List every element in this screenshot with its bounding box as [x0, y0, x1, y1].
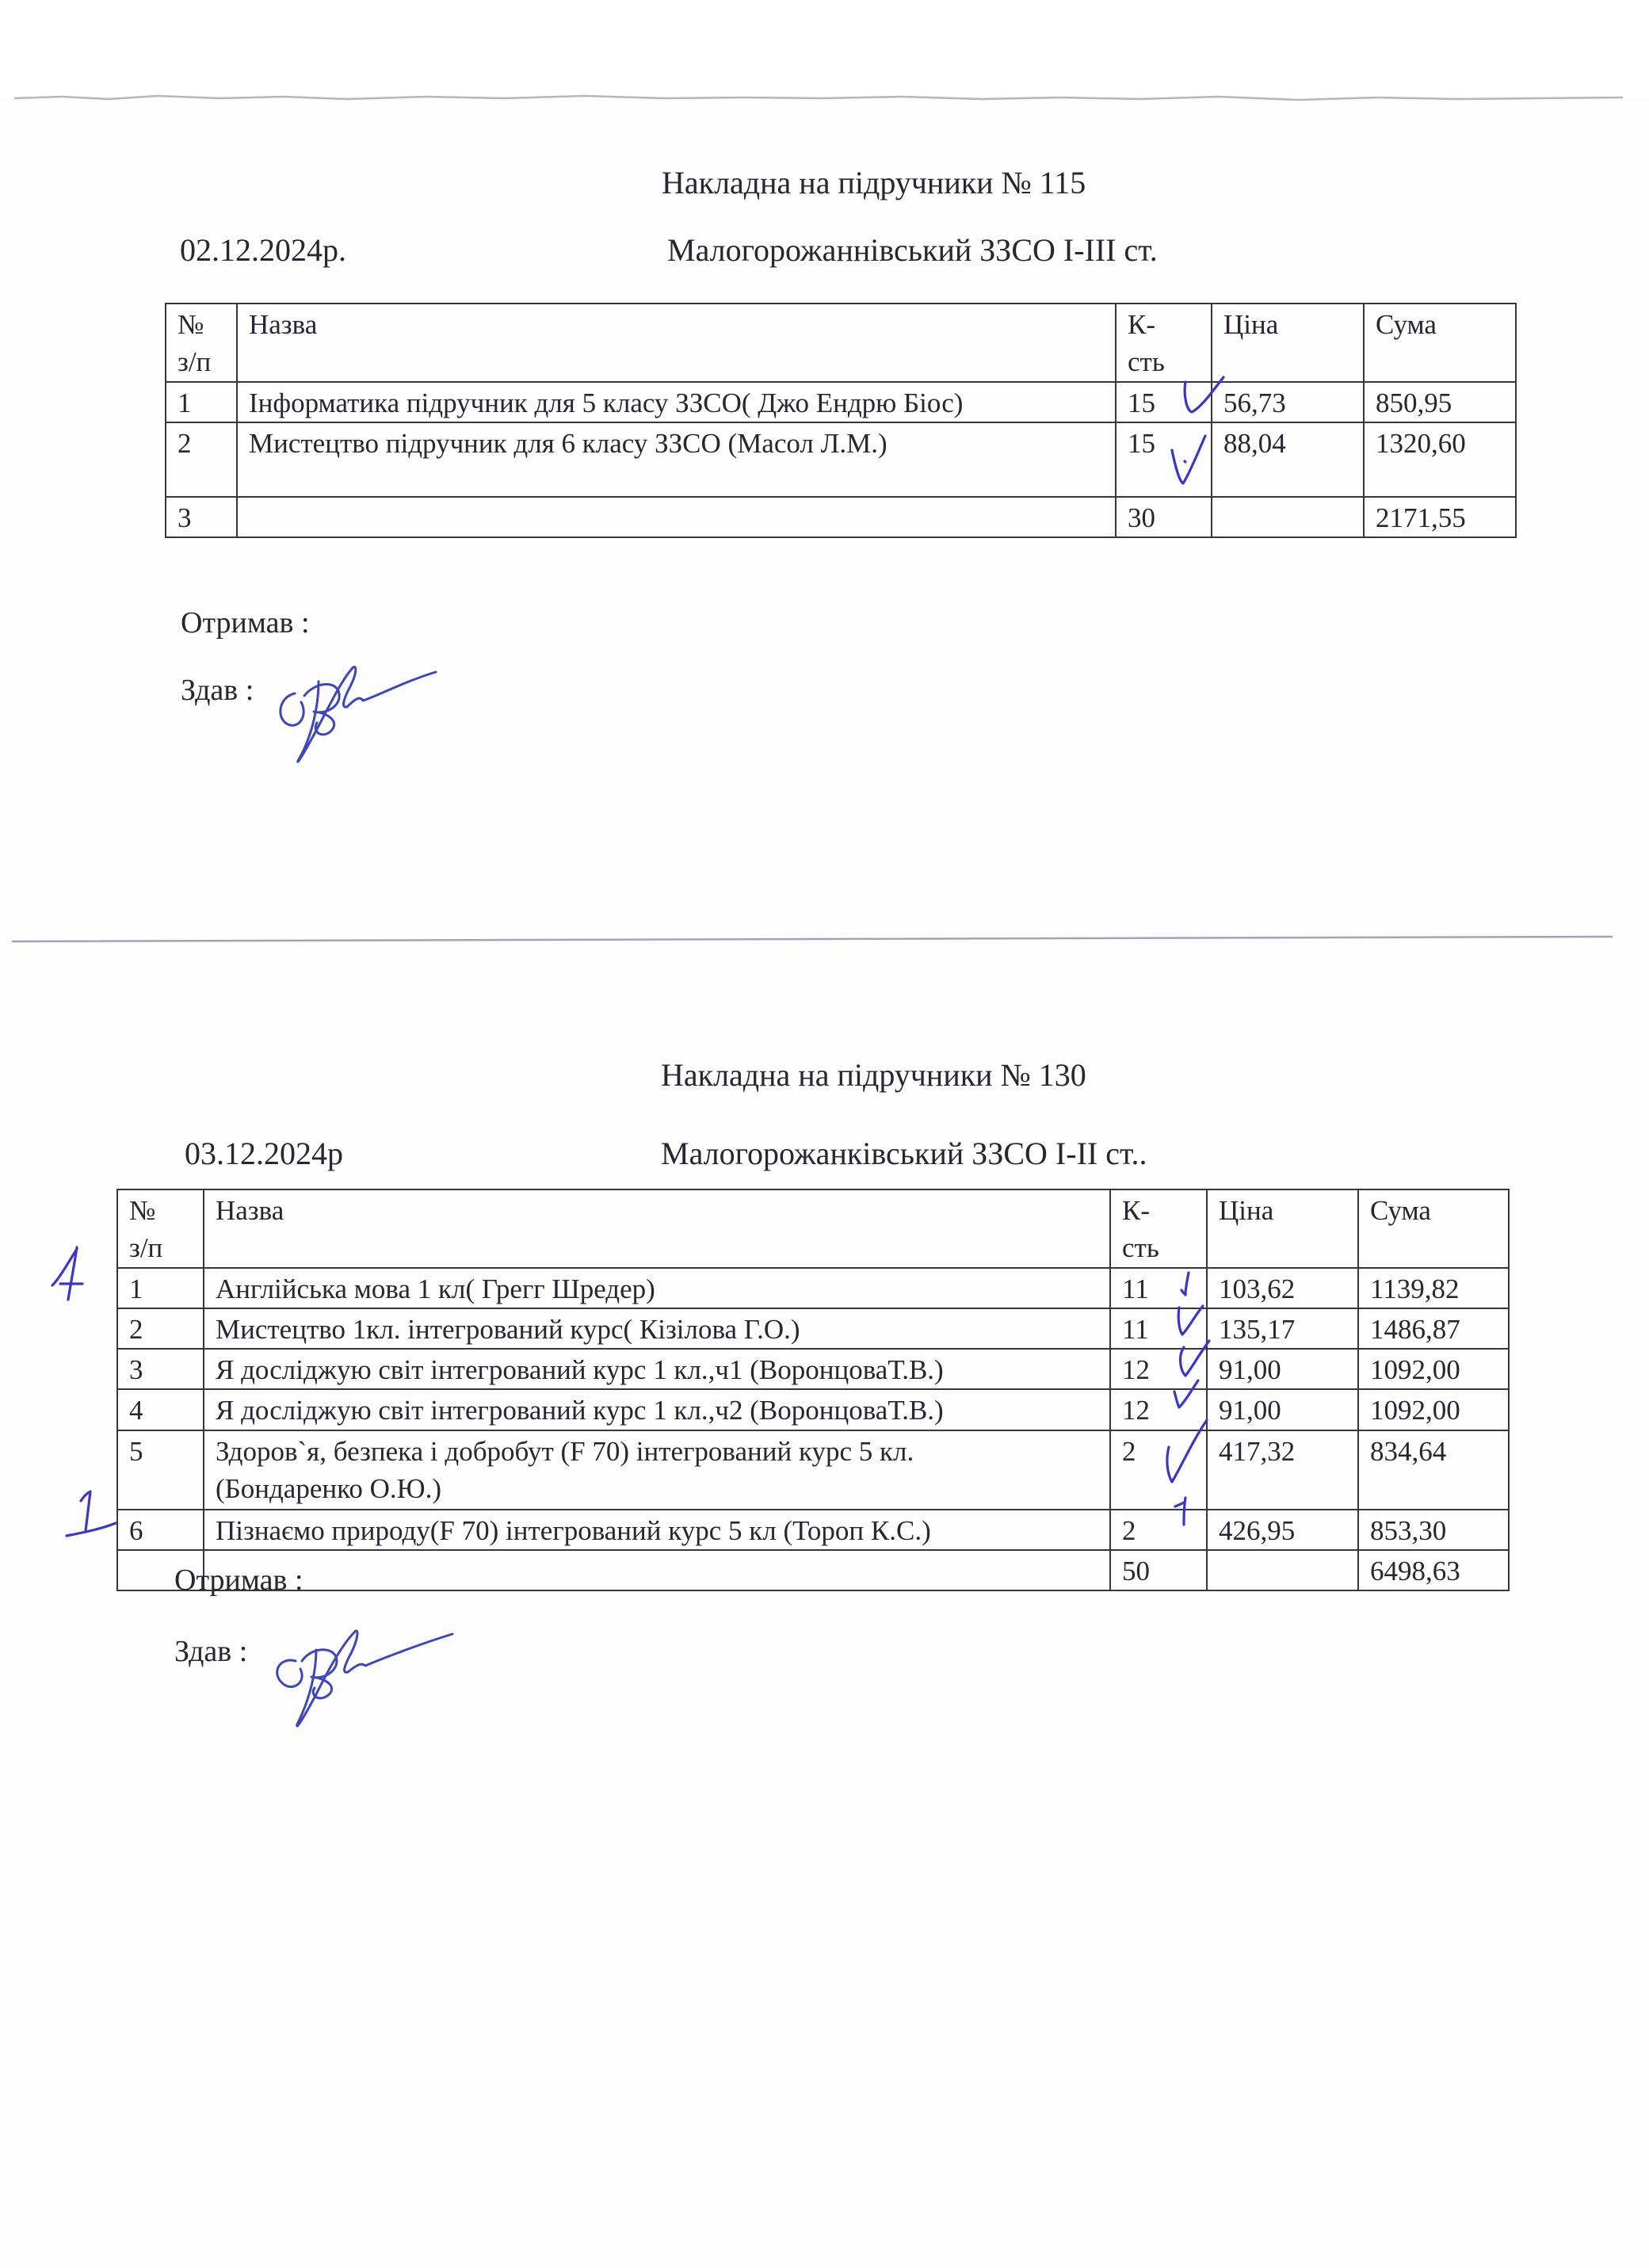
table-total-row: 3 30 2171,55 [166, 497, 1516, 537]
row-sum: 1320,60 [1364, 422, 1516, 497]
table-row: 2 Мистецтво підручник для 6 класу ЗЗСО (… [166, 422, 1516, 497]
total-quantity: 50 [1110, 1550, 1207, 1590]
checkmark-icon [1174, 1303, 1206, 1338]
row-name: Англійська мова 1 кл( Грегг Шредер) [204, 1268, 1110, 1308]
header-price: Ціна [1207, 1189, 1358, 1268]
row-name: Мистецтво 1кл. інтегрований курс( Кізіло… [204, 1308, 1110, 1349]
table-header-row: №з/п Назва К-сть Ціна Сума [166, 304, 1516, 382]
row-number: 2 [117, 1308, 204, 1349]
margin-mark-one-icon [63, 1490, 119, 1539]
checkmark-icon [1161, 1418, 1208, 1485]
row-name: Інформатика підручник для 5 класу ЗЗСО( … [237, 382, 1116, 422]
row-price: 135,17 [1207, 1308, 1358, 1349]
row-number: 2 [166, 422, 237, 497]
row-sum: 850,95 [1364, 382, 1516, 422]
total-name [204, 1550, 1110, 1590]
cut-edge-middle [12, 935, 1613, 943]
school-name: Малогорожаннівський ЗЗСО І-ІІІ ст. [667, 235, 1158, 266]
row-number: 4 [117, 1389, 204, 1430]
total-quantity: 30 [1116, 497, 1212, 537]
row-quantity: 2 [1110, 1510, 1207, 1550]
total-price [1207, 1550, 1358, 1590]
checkmark-icon [1171, 1379, 1203, 1411]
row-name: Я досліджую світ інтегрований курс 1 кл.… [204, 1349, 1110, 1389]
invoice-table: №з/п Назва К-сть Ціна Сума 1 Інформатика… [165, 303, 1517, 538]
signature-icon [265, 1617, 456, 1735]
handed-label: Здав : [174, 1636, 247, 1667]
header-name: Назва [237, 304, 1116, 382]
header-quantity: К-сть [1110, 1189, 1207, 1268]
row-sum: 834,64 [1358, 1430, 1509, 1510]
margin-mark-one-icon [49, 1244, 89, 1304]
total-name [237, 497, 1116, 537]
row-name: Здоров`я, безпека і добробут (F 70) інте… [204, 1430, 1110, 1510]
row-name: Я досліджую світ інтегрований курс 1 кл.… [204, 1389, 1110, 1430]
row-name: Пізнаємо природу(F 70) інтегрований курс… [204, 1510, 1110, 1550]
handed-label: Здав : [181, 675, 254, 705]
header-sum: Сума [1358, 1189, 1509, 1268]
signature-icon [269, 650, 444, 769]
row-price: 88,04 [1212, 422, 1364, 497]
school-name: Малогорожанківський ЗЗСО І-ІІ ст.. [661, 1138, 1147, 1170]
invoice-title: Накладна на підручники № 130 [661, 1060, 1086, 1091]
row-name: Мистецтво підручник для 6 класу ЗЗСО (Ма… [237, 422, 1116, 497]
row-number: 1 [166, 382, 237, 422]
row-price: 91,00 [1207, 1389, 1358, 1430]
row-sum: 853,30 [1358, 1510, 1509, 1550]
checkmark-icon [1169, 434, 1216, 490]
total-sum: 6498,63 [1358, 1550, 1509, 1590]
row-sum: 1486,87 [1358, 1308, 1509, 1349]
checkmark-icon [1176, 1339, 1211, 1379]
cut-edge-top [14, 94, 1623, 101]
invoice-title: Накладна на підручники № 115 [662, 167, 1086, 199]
header-price: Ціна [1212, 304, 1364, 382]
table-header-row: №з/п Назва К-сть Ціна Сума [117, 1189, 1509, 1268]
total-sum: 2171,55 [1364, 497, 1516, 537]
table-row: 1 Англійська мова 1 кл( Грегг Шредер) 11… [117, 1268, 1509, 1308]
checkmark-icon [1181, 372, 1228, 420]
row-sum: 1139,82 [1358, 1268, 1509, 1308]
row-number: 6 [117, 1510, 204, 1550]
header-name: Назва [204, 1189, 1110, 1268]
received-label: Отримав : [174, 1565, 303, 1595]
table-row: 1 Інформатика підручник для 5 класу ЗЗСО… [166, 382, 1516, 422]
row-sum: 1092,00 [1358, 1349, 1509, 1389]
row-number: 3 [117, 1349, 204, 1389]
scan-top-margin [0, 0, 1649, 99]
row-number: 1 [117, 1268, 204, 1308]
invoice-date: 02.12.2024р. [180, 235, 346, 266]
row-sum: 1092,00 [1358, 1389, 1509, 1430]
row-price: 426,95 [1207, 1510, 1358, 1550]
table-row: 4 Я досліджую світ інтегрований курс 1 к… [117, 1389, 1509, 1430]
pen-mark-one-icon [1173, 1496, 1192, 1528]
header-number: №з/п [166, 304, 237, 382]
received-label: Отримав : [181, 608, 310, 638]
table-row: 3 Я досліджую світ інтегрований курс 1 к… [117, 1349, 1509, 1389]
row-price: 103,62 [1207, 1268, 1358, 1308]
row-price: 417,32 [1207, 1430, 1358, 1510]
invoice-table: №з/п Назва К-сть Ціна Сума 1 Англійська … [116, 1189, 1510, 1591]
total-price [1212, 497, 1364, 537]
table-row: 6 Пізнаємо природу(F 70) інтегрований ку… [117, 1510, 1509, 1550]
row-price: 91,00 [1207, 1349, 1358, 1389]
invoice-date: 03.12.2024р [185, 1138, 343, 1170]
header-quantity: К-сть [1116, 304, 1212, 382]
header-sum: Сума [1364, 304, 1516, 382]
table-row: 5 Здоров`я, безпека і добробут (F 70) ін… [117, 1430, 1509, 1510]
table-total-row: 50 6498,63 [117, 1550, 1509, 1590]
row-number: 5 [117, 1430, 204, 1510]
row-price: 56,73 [1212, 382, 1364, 422]
pen-mark-one-icon [1179, 1271, 1195, 1300]
header-number: №з/п [117, 1189, 204, 1268]
total-number: 3 [166, 497, 237, 537]
table-row: 2 Мистецтво 1кл. інтегрований курс( Кізі… [117, 1308, 1509, 1349]
